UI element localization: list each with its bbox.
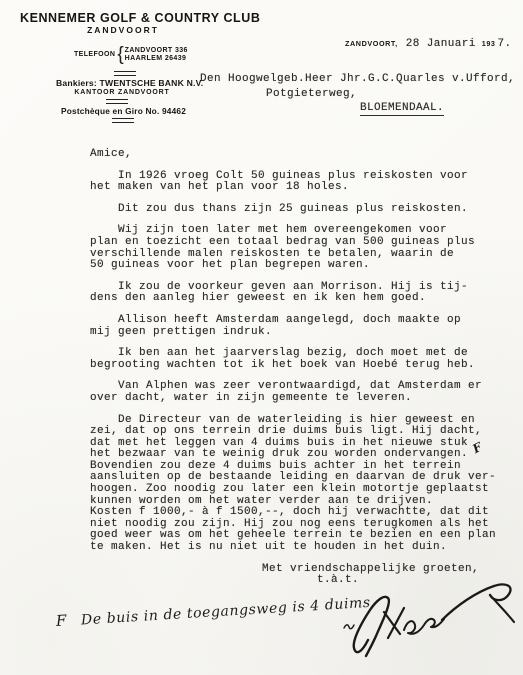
letterhead-giro: Postchèque en Giro No. 94462 xyxy=(61,106,186,116)
salutation: Amice, xyxy=(90,149,518,161)
body-line: Dit zou dus thans zijn 25 guineas plus r… xyxy=(90,204,518,216)
telephone-label: TELEFOON xyxy=(74,51,115,58)
letter-page: KENNEMER GOLF & COUNTRY CLUB ZANDVOORT T… xyxy=(0,0,523,675)
letterhead-title: KENNEMER GOLF & COUNTRY CLUB xyxy=(20,11,226,25)
paragraph: Allison heeft Amsterdam aangelegd, doch … xyxy=(90,315,518,338)
paragraph: Wij zijn toen later met hem overeengekom… xyxy=(90,225,518,271)
body-line: begrooting wachten tot ik het boek van H… xyxy=(90,360,518,372)
body-line: plan en toezicht een totaal bedrag van 5… xyxy=(90,237,518,249)
signature-scribble xyxy=(338,578,520,664)
letterhead-telephone-block: TELEFOON { ZANDVOORT 336 HAARLEM 26439 xyxy=(74,45,188,64)
body-line: het maken van het plan voor 18 holes. xyxy=(90,182,518,194)
letter-body: Amice, In 1926 vroeg Colt 50 guineas plu… xyxy=(90,149,518,587)
paragraph: Ik zou de voorkeur geven aan Morrison. H… xyxy=(90,282,518,305)
footnote-text: De buis in de toegangsweg is 4 duims. xyxy=(81,594,377,628)
dateline-typed-day-month: 28 Januari xyxy=(406,38,476,50)
handwritten-footnote: FDe buis in de toegangsweg is 4 duims. xyxy=(55,592,376,630)
letterhead-bankers: Bankiers: TWENTSCHE BANK N.V. xyxy=(56,78,203,88)
body-line: Ik ben aan het jaarverslag bezig, doch m… xyxy=(90,348,518,360)
letterhead-divider xyxy=(112,118,134,123)
letterhead-divider xyxy=(114,71,136,76)
footnote-reference-mark: F xyxy=(55,611,67,630)
dateline: ZANDVOORT, 28 Januari 193 7. xyxy=(345,38,512,50)
paragraph: De Directeur van de waterleiding is hier… xyxy=(90,415,518,554)
dateline-typed-year-digit: 7. xyxy=(498,38,512,50)
body-line: te maken. Het is nu niet uit te houden i… xyxy=(90,542,518,554)
letter-body-paragraphs: In 1926 vroeg Colt 50 guineas plus reisk… xyxy=(90,171,518,554)
dateline-printed-place: ZANDVOORT, xyxy=(345,39,398,48)
recipient-city: BLOEMENDAAL. xyxy=(360,101,515,116)
brace-glyph: { xyxy=(117,45,123,64)
body-line: 50 guineas voor het plan begrepen waren. xyxy=(90,260,518,272)
body-line: over dacht, water in zijn gemeente te le… xyxy=(90,393,518,405)
body-line: zei, dat op ons terrein drie duims buis … xyxy=(90,426,518,438)
dateline-printed-year: 193 xyxy=(482,39,496,48)
body-line: mij geen prettigen indruk. xyxy=(90,327,518,339)
paragraph: In 1926 vroeg Colt 50 guineas plus reisk… xyxy=(90,171,518,194)
paragraph: Van Alphen was zeer verontwaardigd, dat … xyxy=(90,381,518,404)
letterhead-subtitle: ZANDVOORT xyxy=(20,25,226,35)
paragraph: Ik ben aan het jaarverslag bezig, doch m… xyxy=(90,348,518,371)
body-line: Allison heeft Amsterdam aangelegd, doch … xyxy=(90,315,518,327)
telephone-line: HAARLEM 26439 xyxy=(125,55,188,62)
telephone-line: ZANDVOORT 336 xyxy=(125,47,188,54)
recipient-address: Den Hoogwelgeb.Heer Jhr.G.C.Quarles v.Uf… xyxy=(200,72,515,116)
body-line: dens den aanleg hier geweest en ik ken h… xyxy=(90,293,518,305)
letterhead-divider xyxy=(106,99,128,104)
letterhead-bankers-office: KANTOOR ZANDVOORT xyxy=(56,89,188,96)
paragraph: Dit zou dus thans zijn 25 guineas plus r… xyxy=(90,204,518,216)
closing-salute: Met vriendschappelijke groeten, xyxy=(262,564,518,576)
body-line: hoogen. Zoo noodig zou later een klein m… xyxy=(90,484,518,496)
recipient-street: Potgieterweg, xyxy=(266,87,515,102)
recipient-name: Den Hoogwelgeb.Heer Jhr.G.C.Quarles v.Uf… xyxy=(200,72,515,87)
